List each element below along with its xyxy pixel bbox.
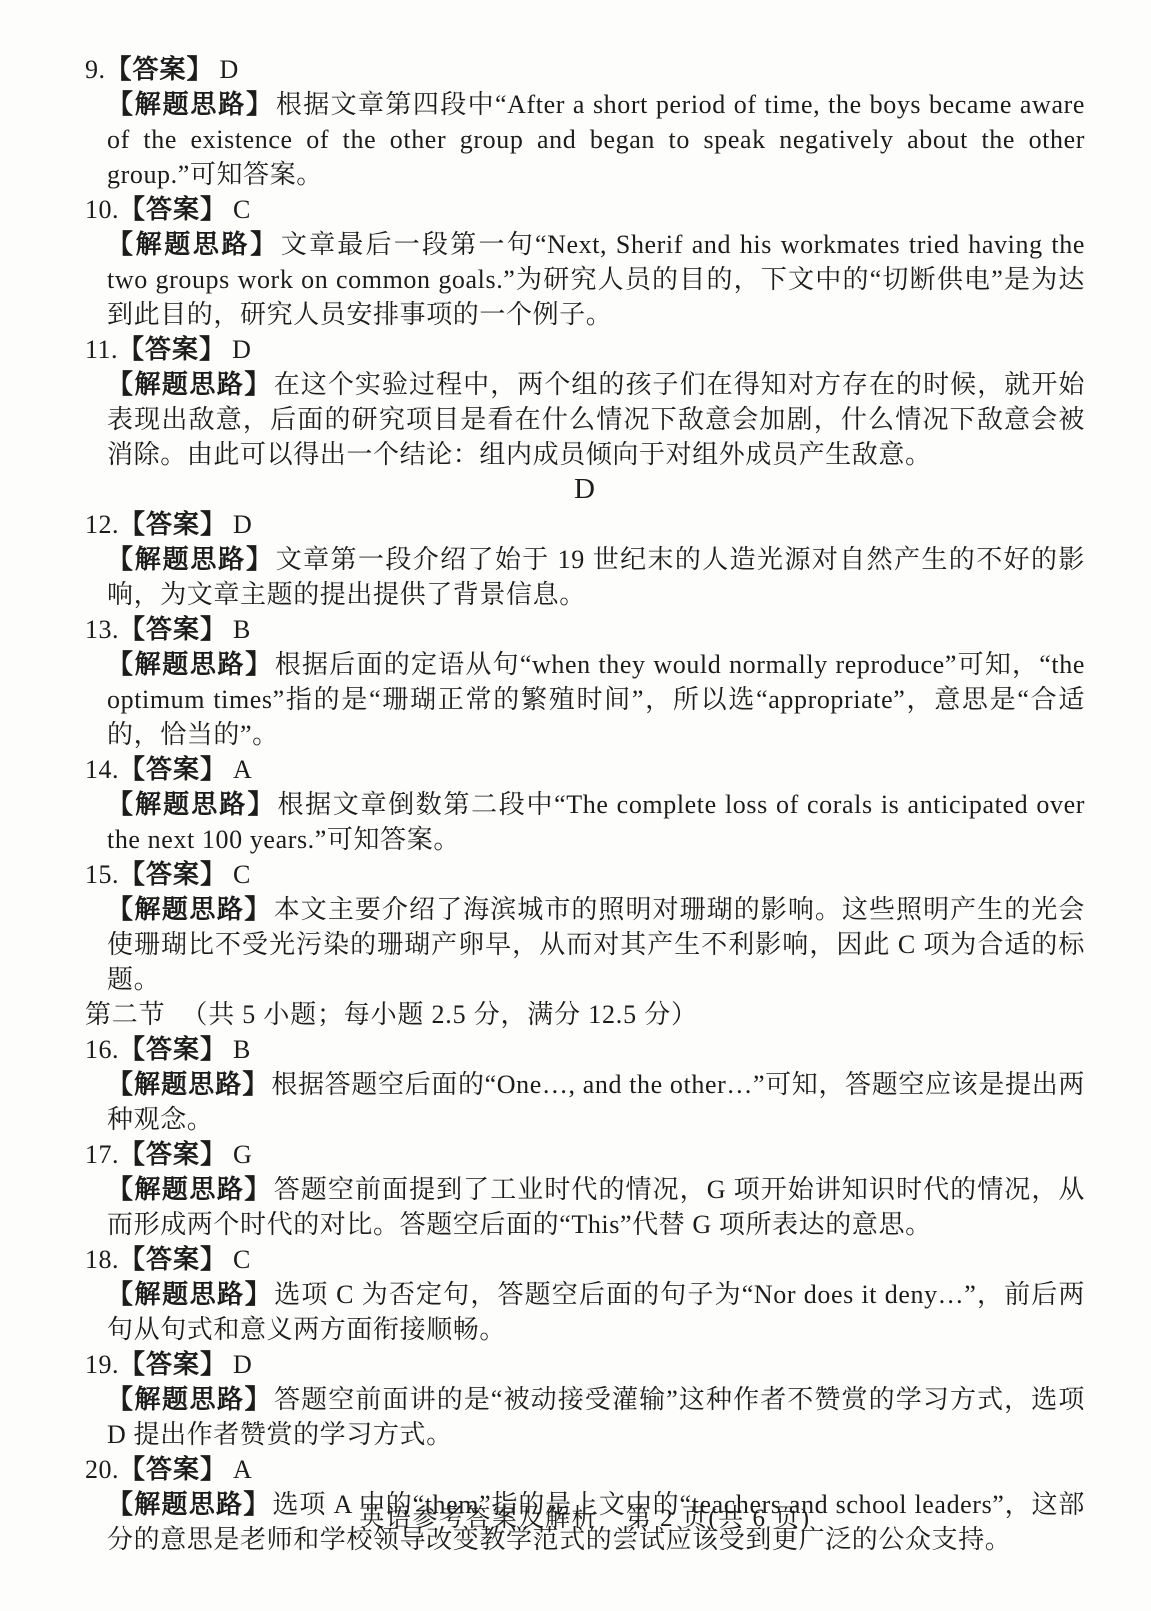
answer-line: 13.【答案】B	[85, 612, 1085, 647]
answer-item-9: 9.【答案】D 【解题思路】根据文章第四段中“After a short per…	[85, 52, 1085, 192]
answer-line: 11.【答案】D	[85, 332, 1085, 367]
explain-label: 【解题思路】	[107, 1069, 269, 1099]
explanation: 【解题思路】本文主要介绍了海滨城市的照明对珊瑚的影响。这些照明产生的光会使珊瑚比…	[85, 892, 1085, 997]
answer-letter: A	[233, 755, 252, 784]
explanation: 【解题思路】答题空前面提到了工业时代的情况，G 项开始讲知识时代的情况，从而形成…	[85, 1172, 1085, 1242]
item-number: 16.	[85, 1035, 119, 1064]
answer-line: 10.【答案】C	[85, 192, 1085, 227]
explain-label: 【解题思路】	[107, 894, 272, 924]
item-number: 13.	[85, 615, 119, 644]
answer-line: 18.【答案】C	[85, 1242, 1085, 1277]
explain-label: 【解题思路】	[107, 89, 274, 119]
answer-letter: D	[232, 335, 251, 364]
answer-label: 【答案】	[119, 614, 227, 644]
explain-label: 【解题思路】	[107, 789, 275, 819]
answer-item-15: 15.【答案】C 【解题思路】本文主要介绍了海滨城市的照明对珊瑚的影响。这些照明…	[85, 857, 1085, 997]
answer-label: 【答案】	[119, 1034, 227, 1064]
answer-item-18: 18.【答案】C 【解题思路】选项 C 为否定句，答题空后面的句子为“Nor d…	[85, 1242, 1085, 1347]
explain-label: 【解题思路】	[107, 649, 273, 679]
answer-line: 14.【答案】A	[85, 752, 1085, 787]
answer-label: 【答案】	[119, 859, 227, 889]
item-number: 20.	[85, 1455, 119, 1484]
answer-line: 17.【答案】G	[85, 1137, 1085, 1172]
answer-label: 【答案】	[119, 1349, 227, 1379]
explain-label: 【解题思路】	[107, 1384, 272, 1414]
item-number: 19.	[85, 1350, 119, 1379]
explanation: 【解题思路】根据后面的定语从句“when they would normally…	[85, 647, 1085, 752]
answer-line: 12.【答案】D	[85, 507, 1085, 542]
answer-label: 【答案】	[119, 509, 227, 539]
item-number: 9.	[85, 55, 106, 84]
answer-label: 【答案】	[119, 194, 227, 224]
answer-label: 【答案】	[119, 1139, 227, 1169]
explain-label: 【解题思路】	[107, 544, 274, 574]
answer-letter: G	[233, 1140, 252, 1169]
answer-item-14: 14.【答案】A 【解题思路】根据文章倒数第二段中“The complete l…	[85, 752, 1085, 857]
explanation: 【解题思路】在这个实验过程中，两个组的孩子们在得知对方存在的时候，就开始表现出敌…	[85, 367, 1085, 472]
section-label: 第二节	[85, 1000, 165, 1029]
item-number: 12.	[85, 510, 119, 539]
explanation: 【解题思路】文章第一段介绍了始于 19 世纪末的人造光源对自然产生的不好的影响，…	[85, 542, 1085, 612]
answer-line: 19.【答案】D	[85, 1347, 1085, 1382]
answer-letter: A	[233, 1455, 252, 1484]
page-footer: 英语参考答案及解析第 2 页(共 6 页)	[85, 1502, 1085, 1536]
answer-label: 【答案】	[119, 1454, 227, 1484]
item-number: 11.	[85, 335, 118, 364]
answer-label: 【答案】	[119, 754, 227, 784]
item-number: 15.	[85, 860, 119, 889]
item-number: 18.	[85, 1245, 119, 1274]
explain-label: 【解题思路】	[107, 229, 279, 259]
item-number: 14.	[85, 755, 119, 784]
explanation: 【解题思路】根据文章第四段中“After a short period of t…	[85, 87, 1085, 192]
explanation: 【解题思路】选项 C 为否定句，答题空后面的句子为“Nor does it de…	[85, 1277, 1085, 1347]
answer-item-13: 13.【答案】B 【解题思路】根据后面的定语从句“when they would…	[85, 612, 1085, 752]
answer-line: 20.【答案】A	[85, 1452, 1085, 1487]
explanation: 【解题思路】根据文章倒数第二段中“The complete loss of co…	[85, 787, 1085, 857]
explain-label: 【解题思路】	[107, 369, 272, 399]
section-detail: （共 5 小题；每小题 2.5 分，满分 12.5 分）	[181, 1000, 697, 1029]
answer-letter: D	[220, 55, 239, 84]
answer-line: 9.【答案】D	[85, 52, 1085, 87]
answer-item-19: 19.【答案】D 【解题思路】答题空前面讲的是“被动接受灌输”这种作者不赞赏的学…	[85, 1347, 1085, 1452]
footer-page-number: 第 2 页(共 6 页)	[626, 1505, 811, 1532]
answer-item-12: 12.【答案】D 【解题思路】文章第一段介绍了始于 19 世纪末的人造光源对自然…	[85, 507, 1085, 612]
answer-line: 15.【答案】C	[85, 857, 1085, 892]
answer-key-content: 9.【答案】D 【解题思路】根据文章第四段中“After a short per…	[85, 52, 1085, 1557]
answer-letter: C	[233, 1245, 250, 1274]
explanation: 【解题思路】答题空前面讲的是“被动接受灌输”这种作者不赞赏的学习方式，选项 D …	[85, 1382, 1085, 1452]
explain-label: 【解题思路】	[107, 1174, 272, 1204]
explanation: 【解题思路】文章最后一段第一句“Next, Sherif and his wor…	[85, 227, 1085, 332]
answer-letter: B	[233, 1035, 250, 1064]
answer-item-16: 16.【答案】B 【解题思路】根据答题空后面的“One…, and the ot…	[85, 1032, 1085, 1137]
footer-doc-title: 英语参考答案及解析	[359, 1505, 598, 1532]
explain-label: 【解题思路】	[107, 1279, 272, 1309]
answer-line: 16.【答案】B	[85, 1032, 1085, 1067]
answer-key-page: 9.【答案】D 【解题思路】根据文章第四段中“After a short per…	[0, 0, 1151, 1557]
answer-item-10: 10.【答案】C 【解题思路】文章最后一段第一句“Next, Sherif an…	[85, 192, 1085, 332]
item-number: 17.	[85, 1140, 119, 1169]
answer-label: 【答案】	[106, 54, 214, 84]
answer-item-11: 11.【答案】D 【解题思路】在这个实验过程中，两个组的孩子们在得知对方存在的时…	[85, 332, 1085, 472]
item-number: 10.	[85, 195, 119, 224]
answer-item-17: 17.【答案】G 【解题思路】答题空前面提到了工业时代的情况，G 项开始讲知识时…	[85, 1137, 1085, 1242]
answer-label: 【答案】	[118, 334, 226, 364]
answer-letter: C	[233, 195, 250, 224]
answer-letter: D	[233, 510, 252, 539]
explanation: 【解题思路】根据答题空后面的“One…, and the other…”可知，答…	[85, 1067, 1085, 1137]
answer-label: 【答案】	[119, 1244, 227, 1274]
answer-letter: C	[233, 860, 250, 889]
answer-letter: B	[233, 615, 250, 644]
answer-letter: D	[233, 1350, 252, 1379]
section-header: 第二节（共 5 小题；每小题 2.5 分，满分 12.5 分）	[85, 997, 1085, 1032]
passage-divider-d: D	[85, 472, 1085, 507]
